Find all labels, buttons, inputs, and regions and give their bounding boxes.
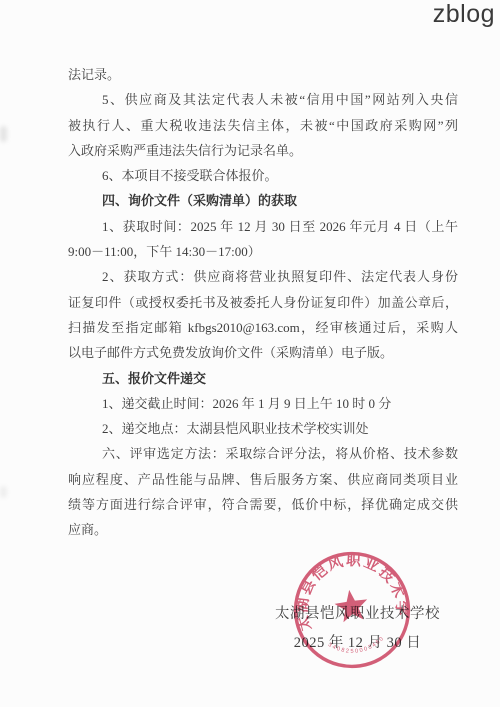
document-line: 5、供应商及其法定代表人未被“信用中国”网站列入央信: [68, 87, 458, 112]
document-line: 6、本项目不接受联合体报价。: [68, 163, 458, 188]
document-line: 证复印件（或授权委托书及被委托人身份证复印件）加盖公章后，: [68, 290, 458, 315]
scan-artifact: [0, 486, 7, 498]
svg-text:太湖县恺风职业技术学校: 太湖县恺风职业技术学校: [283, 541, 413, 635]
document-line: 六、评审选定方法：采取综合评分法，将从价格、技术参数: [68, 441, 458, 466]
zblog-watermark: zblog: [433, 0, 495, 29]
document-line: 1、递交截止时间：2026 年 1 月 9 日上午 10 时 0 分: [68, 391, 458, 416]
seal-graphic: 太湖县恺风职业技术学校 3408250003460: [283, 541, 421, 679]
document-line: 五、报价文件递交: [68, 366, 458, 391]
scan-artifact: [0, 126, 7, 142]
document-line: 入政府采购严重违法失信行为记录名单。: [68, 138, 458, 163]
document-line: 法记录。: [68, 62, 458, 87]
document-line: 响应程度、产品性能与品牌、售后服务方案、供应商同类项目业: [68, 467, 458, 492]
document-line: 2、递交地点：太湖县恺风职业技术学校实训处: [68, 416, 458, 441]
document-line: 被执行人、重大税收违法失信主体，未被“中国政府采购网”列: [68, 113, 458, 138]
document-line: 扫描发至指定邮箱 kfbgs2010@163.com，经审核通过后，采购人: [68, 315, 458, 340]
seal-arc-text: 太湖县恺风职业技术学校: [283, 541, 413, 635]
document-line: 9:00－11:00，下午 14:30－17:00）: [68, 239, 458, 264]
document-line: 以电子邮件方式免费发放询价文件（采购清单）电子版。: [68, 340, 458, 365]
document-line: 2、获取方式：供应商将营业执照复印件、法定代表人身份: [68, 264, 458, 289]
seal-serial-number: 3408250003460: [326, 634, 387, 658]
svg-text:3408250003460: 3408250003460: [326, 634, 387, 658]
official-seal: 太湖县恺风职业技术学校 3408250003460: [283, 541, 421, 679]
document-line: 绩等方面进行综合评审，符合需要，低价中标，择优确定成交供: [68, 492, 458, 517]
document-body: 法记录。5、供应商及其法定代表人未被“信用中国”网站列入央信被执行人、重大税收违…: [68, 62, 458, 543]
document-line: 四、询价文件（采购清单）的获取: [68, 188, 458, 213]
document-line: 应商。: [68, 517, 458, 542]
seal-star: [333, 588, 370, 624]
document-page: zblog 法记录。5、供应商及其法定代表人未被“信用中国”网站列入央信被执行人…: [0, 0, 500, 707]
document-line: 1、获取时间：2025 年 12 月 30 日至 2026 年元月 4 日（上午: [68, 214, 458, 239]
